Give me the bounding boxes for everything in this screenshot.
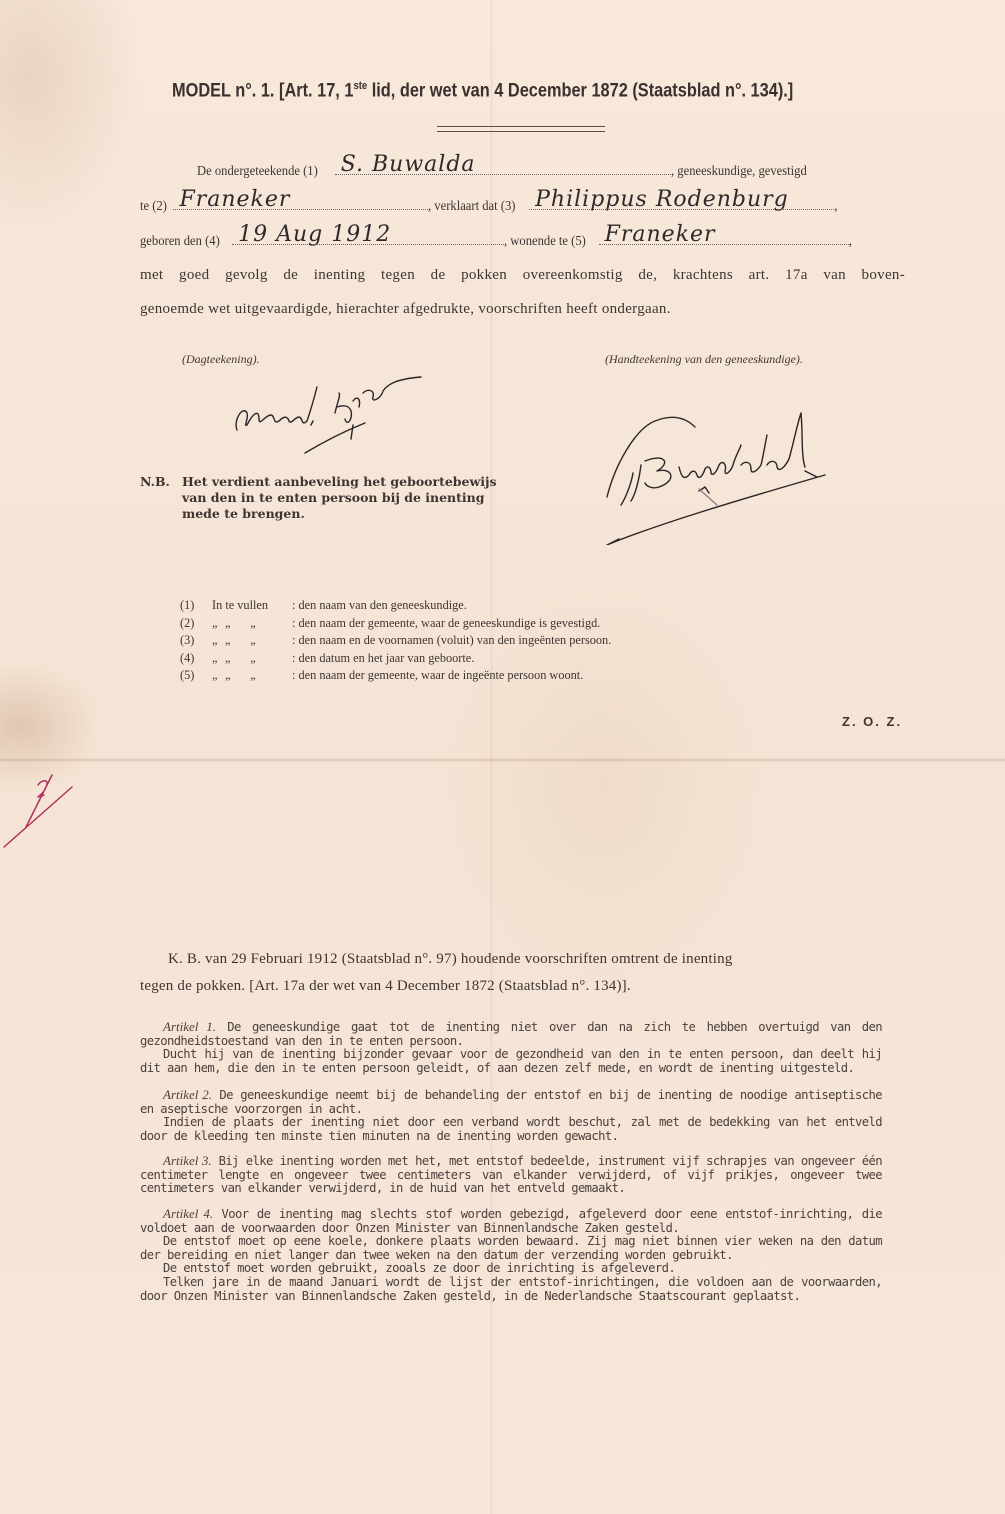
domicile-field[interactable]: Franeker [599,230,849,245]
article-title: Artikel 2. [163,1087,212,1102]
footnote-number: (2) [180,615,212,633]
birthdate-handwritten: 19 Aug 1912 [238,222,391,247]
footnote-number: (1) [180,597,212,615]
declares-label: , verklaart dat (3) [428,199,515,215]
date-label: (Dagteekening). [182,352,260,367]
residence-field[interactable]: Franeker [173,195,428,210]
title-prefix: MODEL n°. 1. [Art. 17, 1 [172,80,353,101]
comma: , [849,234,853,249]
article-1: Artikel 1. De geneeskundige gaat tot de … [140,1020,882,1075]
birthdate-field[interactable]: 19 Aug 1912 [232,230,504,245]
physician-suffix: , geneeskundige, gevestigd [671,164,807,180]
form-line-2: te (2) Franeker, verklaart dat (3) Phili… [140,195,838,215]
physician-name-handwritten: S. Buwalda [341,152,476,177]
footnote-prefix: „ „ „ [212,615,292,633]
article-3: Artikel 3. Bij elke inenting worden met … [140,1154,882,1196]
decree-line-1: K. B. van 29 Februari 1912 (Staatsblad n… [140,946,882,973]
footnote-number: (5) [180,667,212,685]
residence-handwritten: Franeker [179,187,290,212]
article-paragraph: De entstof moet op eene koele, donkere p… [140,1235,882,1262]
footnote-text: : den naam der gemeente, waar de geneesk… [292,615,600,633]
nb-line-1: Het verdient aanbeveling het geboortebew… [182,474,497,489]
footnote-text: : den datum en het jaar van geboorte. [292,650,474,668]
decree-line-2: tegen de pokken. [Art. 17a der wet van 4… [140,973,882,1000]
royal-decree-heading: K. B. van 29 Februari 1912 (Staatsblad n… [140,946,882,1000]
form-line-3: geboren den (4) 19 Aug 1912, wonende te … [140,230,852,250]
undersigned-label: De ondergeteekende (1) [197,164,318,180]
footnote-item: (2)„ „ „: den naam der gemeente, waar de… [180,615,611,633]
red-margin-mark-icon [0,765,90,850]
nb-line-3: mede te brengen. [140,506,600,522]
article-paragraph: Bij elke inenting worden met het, met en… [140,1154,882,1195]
birthdate-label: geboren den (4) [140,234,220,250]
footnote-text: : den naam en de voornamen (voluit) van … [292,632,611,650]
article-paragraph: De geneeskundige neemt bij de behandelin… [140,1088,882,1116]
physician-name-field[interactable]: S. Buwalda [335,160,671,175]
nb-line-2: van den in te enten persoon bij de inent… [140,490,600,506]
footnote-item: (4)„ „ „: den datum en het jaar van gebo… [180,650,611,668]
footnote-item: (5)„ „ „: den naam der gemeente, waar de… [180,667,611,685]
residence-label: te (2) [140,199,167,215]
declaration-body: met goed gevolg de inenting tegen de pok… [140,262,905,322]
form-line-1: De ondergeteekende (1) S. Buwalda, genee… [197,160,822,180]
handwritten-date-icon [225,375,435,455]
article-paragraph: Voor de inenting mag slechts stof worden… [140,1207,882,1235]
footnotes-list: (1)In te vullen: den naam van den genees… [180,597,611,685]
turn-over-note: Z. O. Z. [842,714,902,729]
title-suffix: lid, der wet van 4 December 1872 (Staats… [367,80,793,101]
nb-label: N.B. [140,474,182,490]
signature-label: (Handteekening van den geneeskundige). [605,352,803,367]
footnote-prefix: „ „ „ [212,632,292,650]
declaration-line-2: genoemde wet uitgevaardigde, hierachter … [140,296,905,322]
footnote-prefix: „ „ „ [212,667,292,685]
document-title: MODEL n°. 1. [Art. 17, 1ste lid, der wet… [172,80,793,102]
vaccinee-name-handwritten: Philippus Rodenburg [535,187,789,212]
residing-label: , wonende te (5) [504,234,586,250]
article-title: Artikel 4. [163,1206,213,1221]
paper-fold-horizontal [0,758,1005,762]
vaccinee-name-field[interactable]: Philippus Rodenburg [529,195,834,210]
article-2: Artikel 2. De geneeskundige neemt bij de… [140,1088,882,1143]
article-paragraph: Ducht hij van de inenting bijzonder geva… [140,1048,882,1075]
article-title: Artikel 3. [163,1153,212,1168]
footnote-number: (4) [180,650,212,668]
domicile-handwritten: Franeker [605,222,716,247]
footnote-text: : den naam der gemeente, waar de ingeënt… [292,667,583,685]
footnote-number: (3) [180,632,212,650]
article-paragraph: Indien de plaats der inenting niet door … [140,1116,882,1143]
footnote-prefix: „ „ „ [212,650,292,668]
declaration-line-1: met goed gevolg de inenting tegen de pok… [140,262,905,288]
article-paragraph: De entstof moet worden gebruikt, zooals … [140,1262,882,1276]
title-double-rule [437,126,605,132]
comma: , [834,199,838,214]
article-title: Artikel 1. [163,1019,216,1034]
footnote-prefix: In te vullen [212,597,292,615]
article-4: Artikel 4. Voor de inenting mag slechts … [140,1207,882,1303]
article-paragraph: Telken jare in de maand Januari wordt de… [140,1276,882,1303]
footnote-text: : den naam van den geneeskundige. [292,597,467,615]
nota-bene: N.B.Het verdient aanbeveling het geboort… [140,474,600,522]
footnote-item: (1)In te vullen: den naam van den genees… [180,597,611,615]
article-paragraph: De geneeskundige gaat tot de inenting ni… [140,1020,882,1048]
title-superscript: ste [353,80,367,92]
physician-signature-icon [595,405,835,545]
footnote-item: (3)„ „ „: den naam en de voornamen (volu… [180,632,611,650]
